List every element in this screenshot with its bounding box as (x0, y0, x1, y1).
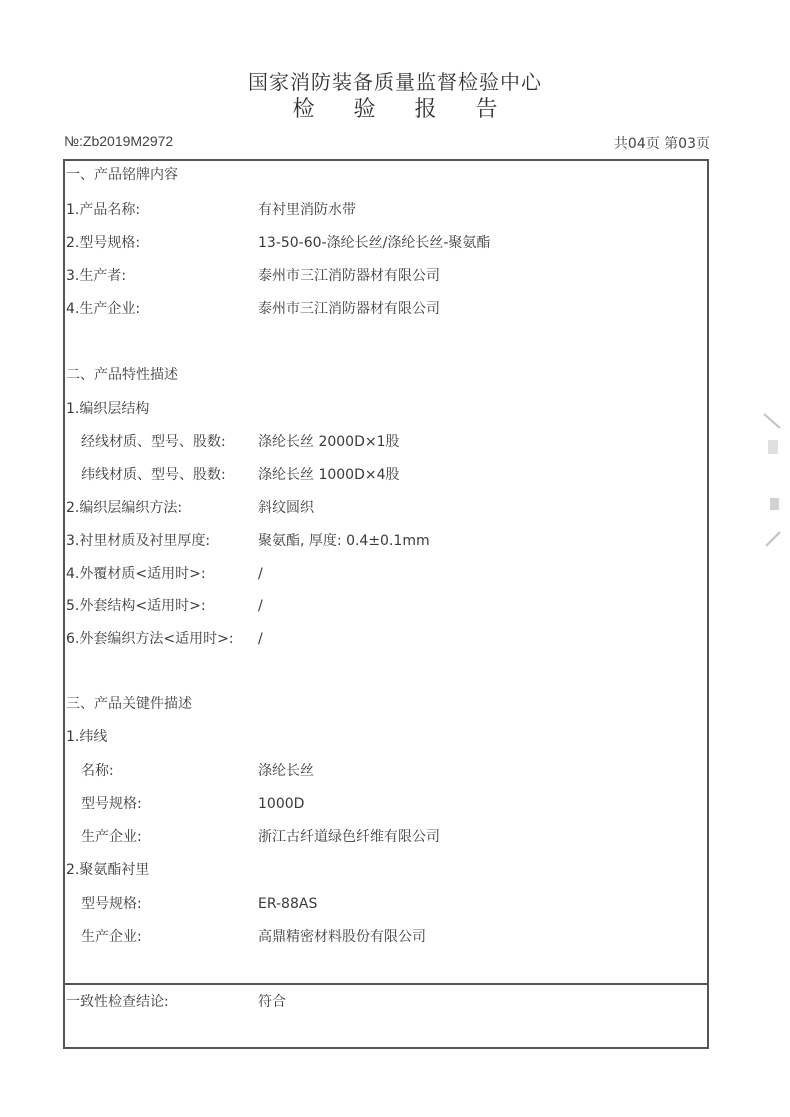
section1-heading: 一、产品铭牌内容 (66, 166, 178, 184)
jacket-structure-value: / (258, 597, 263, 615)
part1-name-value: 涤纶长丝 (258, 762, 314, 780)
warp-value: 涤纶长丝 2000D×1股 (258, 433, 400, 451)
producer-value: 泰州市三江消防器材有限公司 (258, 267, 440, 285)
jacket-weave-value: / (258, 630, 263, 648)
jacket-weave-label: 6.外套编织方法<适用时>: (66, 630, 234, 648)
part2-title: 2.聚氨酯衬里 (66, 861, 149, 879)
report-number: №:Zb2019M2972 (64, 133, 173, 149)
section3-heading: 三、产品关键件描述 (66, 695, 192, 713)
lining-value: 聚氨酯, 厚度: 0.4±0.1mm (258, 532, 430, 550)
part1-maker-label: 生产企业: (81, 828, 142, 846)
cover-material-label: 4.外覆材质<适用时>: (66, 565, 206, 583)
model-spec-label: 2.型号规格: (66, 234, 140, 252)
conclusion-divider (63, 983, 709, 985)
part2-spec-value: ER-88AS (258, 895, 317, 913)
product-name-label: 1.产品名称: (66, 201, 140, 219)
weft-value: 涤纶长丝 1000D×4股 (258, 466, 400, 484)
part1-spec-label: 型号规格: (81, 795, 142, 813)
document-title: 检 验 报 告 (0, 92, 790, 123)
weft-label: 纬线材质、型号、股数: (81, 466, 226, 484)
part1-name-label: 名称: (81, 762, 114, 780)
part1-title: 1.纬线 (66, 728, 107, 746)
cover-material-value: / (258, 565, 263, 583)
jacket-structure-label: 5.外套结构<适用时>: (66, 597, 206, 615)
part2-spec-label: 型号规格: (81, 895, 142, 913)
manufacturer-label: 4.生产企业: (66, 300, 140, 318)
weave-structure-title: 1.编织层结构 (66, 400, 149, 418)
lining-label: 3.衬里材质及衬里厚度: (66, 532, 210, 550)
weave-method-value: 斜纹圆织 (258, 499, 314, 517)
conclusion-label: 一致性检查结论: (66, 993, 169, 1011)
part2-maker-label: 生产企业: (81, 928, 142, 946)
section2-heading: 二、产品特性描述 (66, 366, 178, 384)
part1-spec-value: 1000D (258, 795, 304, 813)
conclusion-value: 符合 (258, 993, 286, 1011)
part1-maker-value: 浙江古纤道绿色纤维有限公司 (258, 828, 440, 846)
product-name-value: 有衬里消防水带 (258, 201, 356, 219)
producer-label: 3.生产者: (66, 267, 126, 285)
organization-name: 国家消防装备质量监督检验中心 (0, 66, 790, 95)
part2-maker-value: 高鼎精密材料股份有限公司 (258, 928, 426, 946)
manufacturer-value: 泰州市三江消防器材有限公司 (258, 300, 440, 318)
seal-stamp-fragment (760, 410, 780, 550)
weave-method-label: 2.编织层编织方法: (66, 499, 182, 517)
model-spec-value: 13-50-60-涤纶长丝/涤纶长丝-聚氨酯 (258, 234, 490, 252)
page-info: 共04页 第03页 (614, 133, 710, 153)
warp-label: 经线材质、型号、股数: (81, 433, 226, 451)
